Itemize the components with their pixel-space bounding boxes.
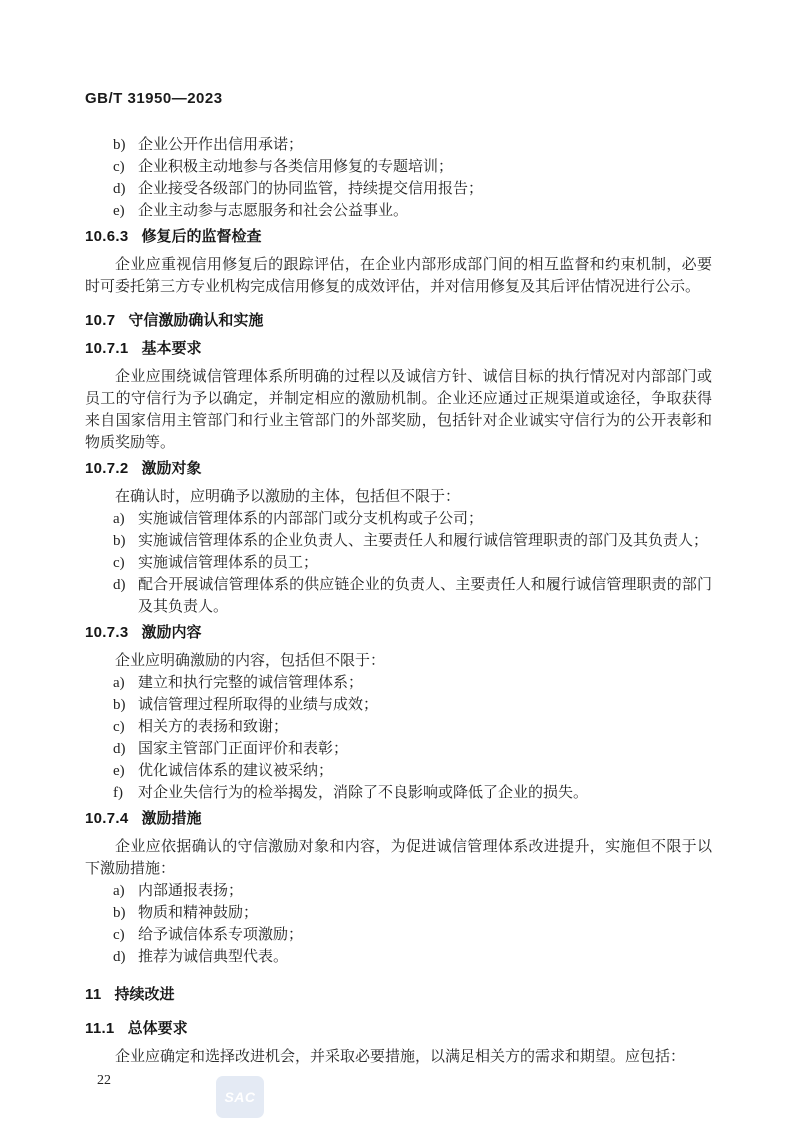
list-item-text: 优化诚信体系的建议被采纳； bbox=[138, 760, 712, 782]
list-marker: d) bbox=[113, 178, 138, 200]
list-marker: d) bbox=[113, 574, 138, 596]
watermark-text: SAC bbox=[224, 1089, 255, 1105]
list-marker: d) bbox=[113, 738, 138, 760]
list-item: c)相关方的表扬和致谢； bbox=[85, 716, 712, 738]
list-marker: e) bbox=[113, 760, 138, 782]
list-item: e)企业主动参与志愿服务和社会公益事业。 bbox=[85, 200, 712, 222]
list-item-text: 实施诚信管理体系的内部部门或分支机构或子公司； bbox=[138, 508, 712, 530]
heading-title: 修复后的监督检查 bbox=[142, 228, 262, 245]
heading-10.7: 10.7守信激励确认和实施 bbox=[85, 310, 712, 332]
list-item: c)企业积极主动地参与各类信用修复的专题培训； bbox=[85, 156, 712, 178]
heading-title: 激励措施 bbox=[142, 810, 202, 827]
list-item: c)给予诚信体系专项激励； bbox=[85, 924, 712, 946]
paragraph: 企业应依据确认的守信激励对象和内容，为促进诚信管理体系改进提升，实施但不限于以下… bbox=[85, 836, 712, 880]
list-marker: d) bbox=[113, 946, 138, 968]
document-page: GB/T 31950—2023 b)企业公开作出信用承诺；c)企业积极主动地参与… bbox=[0, 0, 794, 1123]
heading-10.6.3: 10.6.3修复后的监督检查 bbox=[85, 226, 712, 248]
list-item: e)优化诚信体系的建议被采纳； bbox=[85, 760, 712, 782]
list-item-text: 实施诚信管理体系的员工； bbox=[138, 552, 712, 574]
list-marker: e) bbox=[113, 200, 138, 222]
doc-number: GB/T 31950—2023 bbox=[85, 88, 712, 110]
heading-11: 11持续改进 bbox=[85, 984, 712, 1006]
document-blocks: b)企业公开作出信用承诺；c)企业积极主动地参与各类信用修复的专题培训；d)企业… bbox=[85, 134, 712, 1068]
list-item: a)内部通报表扬； bbox=[85, 880, 712, 902]
heading-title: 激励对象 bbox=[142, 460, 202, 477]
list-item-text: 配合开展诚信管理体系的供应链企业的负责人、主要责任人和履行诚信管理职责的部门及其… bbox=[138, 574, 712, 618]
list-marker: b) bbox=[113, 530, 138, 552]
heading-number: 10.6.3 bbox=[85, 226, 129, 248]
list-item: a)实施诚信管理体系的内部部门或分支机构或子公司； bbox=[85, 508, 712, 530]
list-item: b)诚信管理过程所取得的业绩与成效； bbox=[85, 694, 712, 716]
list-item: d)配合开展诚信管理体系的供应链企业的负责人、主要责任人和履行诚信管理职责的部门… bbox=[85, 574, 712, 618]
list-item: d)企业接受各级部门的协同监管，持续提交信用报告； bbox=[85, 178, 712, 200]
ordered-list: a)内部通报表扬；b)物质和精神鼓励；c)给予诚信体系专项激励；d)推荐为诚信典… bbox=[85, 880, 712, 968]
heading-number: 10.7.4 bbox=[85, 808, 129, 830]
heading-10.7.3: 10.7.3激励内容 bbox=[85, 622, 712, 644]
list-item: d)推荐为诚信典型代表。 bbox=[85, 946, 712, 968]
heading-number: 11.1 bbox=[85, 1018, 115, 1040]
list-item-text: 实施诚信管理体系的企业负责人、主要责任人和履行诚信管理职责的部门及其负责人； bbox=[138, 530, 712, 552]
heading-number: 10.7.2 bbox=[85, 458, 129, 480]
heading-title: 激励内容 bbox=[142, 624, 202, 641]
heading-10.7.2: 10.7.2激励对象 bbox=[85, 458, 712, 480]
paragraph: 在确认时，应明确予以激励的主体，包括但不限于： bbox=[85, 486, 712, 508]
paragraph: 企业应确定和选择改进机会，并采取必要措施，以满足相关方的需求和期望。应包括： bbox=[85, 1046, 712, 1068]
heading-title: 守信激励确认和实施 bbox=[128, 312, 263, 329]
list-marker: a) bbox=[113, 880, 138, 902]
sac-logo-watermark: SAC bbox=[216, 1076, 264, 1118]
list-item: b)企业公开作出信用承诺； bbox=[85, 134, 712, 156]
list-item-text: 企业接受各级部门的协同监管，持续提交信用报告； bbox=[138, 178, 712, 200]
list-item-text: 相关方的表扬和致谢； bbox=[138, 716, 712, 738]
list-item: b)实施诚信管理体系的企业负责人、主要责任人和履行诚信管理职责的部门及其负责人； bbox=[85, 530, 712, 552]
list-item-text: 企业主动参与志愿服务和社会公益事业。 bbox=[138, 200, 712, 222]
list-item-text: 国家主管部门正面评价和表彰； bbox=[138, 738, 712, 760]
list-marker: f) bbox=[113, 782, 138, 804]
heading-number: 10.7.3 bbox=[85, 622, 129, 644]
list-item-text: 内部通报表扬； bbox=[138, 880, 712, 902]
list-item-text: 物质和精神鼓励； bbox=[138, 902, 712, 924]
list-item-text: 推荐为诚信典型代表。 bbox=[138, 946, 712, 968]
heading-number: 10.7.1 bbox=[85, 338, 129, 360]
list-marker: c) bbox=[113, 552, 138, 574]
list-marker: c) bbox=[113, 156, 138, 178]
ordered-list: a)建立和执行完整的诚信管理体系；b)诚信管理过程所取得的业绩与成效；c)相关方… bbox=[85, 672, 712, 804]
list-item-text: 对企业失信行为的检举揭发，消除了不良影响或降低了企业的损失。 bbox=[138, 782, 712, 804]
list-marker: b) bbox=[113, 134, 138, 156]
paragraph: 企业应围绕诚信管理体系所明确的过程以及诚信方针、诚信目标的执行情况对内部部门或员… bbox=[85, 366, 712, 454]
list-item-text: 诚信管理过程所取得的业绩与成效； bbox=[138, 694, 712, 716]
list-marker: b) bbox=[113, 694, 138, 716]
ordered-list: b)企业公开作出信用承诺；c)企业积极主动地参与各类信用修复的专题培训；d)企业… bbox=[85, 134, 712, 222]
list-item-text: 建立和执行完整的诚信管理体系； bbox=[138, 672, 712, 694]
list-item-text: 企业积极主动地参与各类信用修复的专题培训； bbox=[138, 156, 712, 178]
heading-number: 10.7 bbox=[85, 310, 115, 332]
list-item: f)对企业失信行为的检举揭发，消除了不良影响或降低了企业的损失。 bbox=[85, 782, 712, 804]
list-marker: b) bbox=[113, 902, 138, 924]
ordered-list: a)实施诚信管理体系的内部部门或分支机构或子公司；b)实施诚信管理体系的企业负责… bbox=[85, 508, 712, 618]
list-marker: c) bbox=[113, 924, 138, 946]
list-item-text: 企业公开作出信用承诺； bbox=[138, 134, 712, 156]
heading-number: 11 bbox=[85, 984, 101, 1006]
list-item: d)国家主管部门正面评价和表彰； bbox=[85, 738, 712, 760]
paragraph: 企业应明确激励的内容，包括但不限于： bbox=[85, 650, 712, 672]
heading-title: 总体要求 bbox=[128, 1020, 188, 1037]
heading-10.7.1: 10.7.1基本要求 bbox=[85, 338, 712, 360]
list-item: c)实施诚信管理体系的员工； bbox=[85, 552, 712, 574]
heading-title: 基本要求 bbox=[142, 340, 202, 357]
paragraph: 企业应重视信用修复后的跟踪评估，在企业内部形成部门间的相互监督和约束机制，必要时… bbox=[85, 254, 712, 298]
heading-11.1: 11.1总体要求 bbox=[85, 1018, 712, 1040]
document-body: GB/T 31950—2023 b)企业公开作出信用承诺；c)企业积极主动地参与… bbox=[85, 88, 712, 1092]
list-marker: a) bbox=[113, 508, 138, 530]
page-number: 22 bbox=[97, 1070, 712, 1092]
list-item-text: 给予诚信体系专项激励； bbox=[138, 924, 712, 946]
list-item: b)物质和精神鼓励； bbox=[85, 902, 712, 924]
list-item: a)建立和执行完整的诚信管理体系； bbox=[85, 672, 712, 694]
heading-title: 持续改进 bbox=[114, 986, 174, 1003]
list-marker: a) bbox=[113, 672, 138, 694]
list-marker: c) bbox=[113, 716, 138, 738]
heading-10.7.4: 10.7.4激励措施 bbox=[85, 808, 712, 830]
